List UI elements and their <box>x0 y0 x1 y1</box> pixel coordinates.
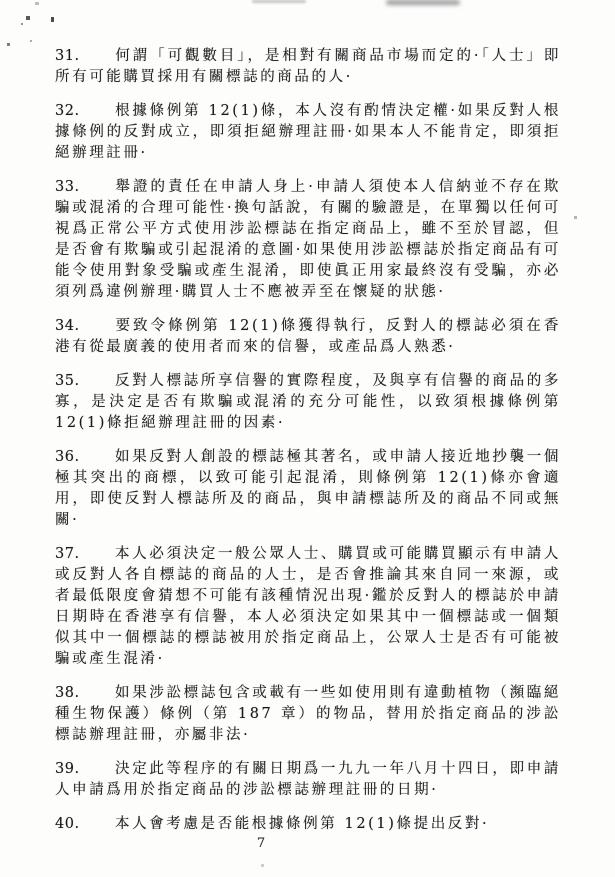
scan-smudge <box>386 0 460 5</box>
paragraph-36: 36.如果反對人創設的標誌極其著名，或申請人接近地抄襲一個極其突出的商標，以致可… <box>55 447 561 531</box>
paragraph-text: 本人必須決定一般公眾人士、購買或可能購買顯示有申請人或反對人各自標誌的商品的人士… <box>55 546 561 667</box>
scan-speck <box>21 23 23 25</box>
paragraph-33: 33.舉證的責任在申請人身上·申請人須使本人信納並不存在欺騙或混淆的合理可能性·… <box>55 177 561 303</box>
paragraph-38: 38.如果涉訟標誌包含或載有一些如使用則有違動植物（瀕臨絕種生物保護）條例（第 … <box>55 683 561 746</box>
paragraph-39: 39.決定此等程序的有關日期爲一九九一年八月十四日，即申請人申請爲用於指定商品的… <box>55 759 561 801</box>
paragraph-number: 37. <box>55 544 115 565</box>
paragraph-text: 根據條例第 12(1)條，本人沒有酌情決定權·如果反對人根據條例的反對成立，即須… <box>55 103 561 161</box>
scan-smudge <box>252 0 306 3</box>
scan-speck <box>51 17 54 22</box>
page-number: 7 <box>0 836 522 851</box>
paragraph-40: 40.本人會考慮是否能根據條例第 12(1)條提出反對· <box>55 814 561 835</box>
paragraph-number: 35. <box>55 371 115 392</box>
paragraph-number: 33. <box>55 177 115 198</box>
paragraph-32: 32.根據條例第 12(1)條，本人沒有酌情決定權·如果反對人根據條例的反對成立… <box>55 101 561 164</box>
paragraph-34: 34.要致令條例第 12(1)條獲得執行，反對人的標誌必須在香港有從最廣義的使用… <box>55 316 561 358</box>
scan-speck <box>35 2 39 5</box>
scan-speck <box>26 16 30 20</box>
paragraph-text: 舉證的責任在申請人身上·申請人須使本人信納並不存在欺騙或混淆的合理可能性·換句話… <box>55 179 561 300</box>
document-body: 31.何謂「可觀數目」，是相對有關商品市場而定的·「人士」即所有可能購買採用有關… <box>55 46 561 848</box>
scanned-document-page: 31.何謂「可觀數目」，是相對有關商品市場而定的·「人士」即所有可能購買採用有關… <box>0 0 615 877</box>
paragraph-number: 32. <box>55 101 115 122</box>
paragraph-31: 31.何謂「可觀數目」，是相對有關商品市場而定的·「人士」即所有可能購買採用有關… <box>55 46 561 88</box>
paragraph-text: 決定此等程序的有關日期爲一九九一年八月十四日，即申請人申請爲用於指定商品的涉訟標… <box>55 761 561 798</box>
paragraph-text: 如果反對人創設的標誌極其著名，或申請人接近地抄襲一個極其突出的商標，以致可能引起… <box>55 449 561 528</box>
paragraph-text: 反對人標誌所享信譽的實際程度，及與享有信譽的商品的多寡，是決定是否有欺騙或混淆的… <box>55 373 561 431</box>
scan-speck <box>574 216 577 219</box>
paragraph-number: 38. <box>55 683 115 704</box>
paragraph-number: 39. <box>55 759 115 780</box>
paragraph-37: 37.本人必須決定一般公眾人士、購買或可能購買顯示有申請人或反對人各自標誌的商品… <box>55 544 561 670</box>
paragraph-number: 31. <box>55 46 115 67</box>
paragraph-number: 40. <box>55 814 115 835</box>
paragraph-text: 本人會考慮是否能根據條例第 12(1)條提出反對· <box>115 816 489 832</box>
scan-speck <box>7 43 10 46</box>
scan-speck <box>30 40 32 42</box>
paragraph-number: 34. <box>55 316 115 337</box>
paragraph-text: 要致令條例第 12(1)條獲得執行，反對人的標誌必須在香港有從最廣義的使用者而來… <box>55 318 561 355</box>
paragraph-number: 36. <box>55 447 115 468</box>
scan-speck <box>261 864 264 867</box>
paragraph-text: 何謂「可觀數目」，是相對有關商品市場而定的·「人士」即所有可能購買採用有關標誌的… <box>55 48 561 85</box>
paragraph-35: 35.反對人標誌所享信譽的實際程度，及與享有信譽的商品的多寡，是決定是否有欺騙或… <box>55 371 561 434</box>
paragraph-text: 如果涉訟標誌包含或載有一些如使用則有違動植物（瀕臨絕種生物保護）條例（第 187… <box>55 685 561 743</box>
